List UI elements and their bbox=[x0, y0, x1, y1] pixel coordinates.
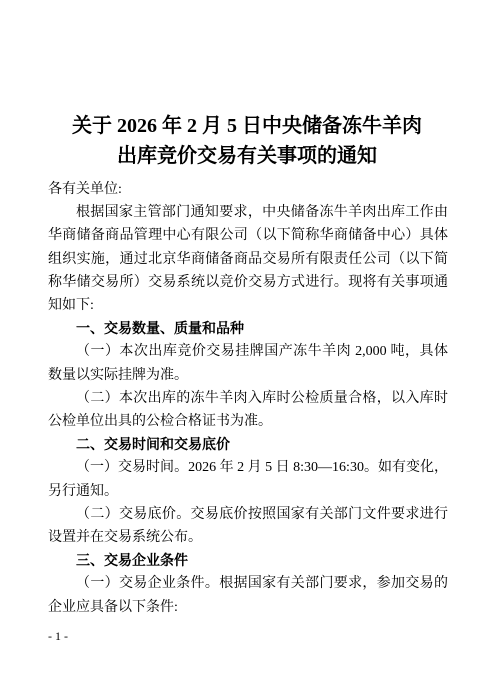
document-blocks: 根据国家主管部门通知要求，中央储备冻牛羊肉出库工作由华商储备商品管理中心有限公司… bbox=[48, 201, 448, 619]
paragraph: （一）交易时间。2026 年 2 月 5 日 8:30—16:30。如有变化，另… bbox=[48, 456, 448, 502]
paragraph: （一）交易企业条件。根据国家有关部门要求，参加交易的企业应具备以下条件: bbox=[48, 572, 448, 618]
section-heading: 一、交易数量、质量和品种 bbox=[48, 317, 448, 340]
section-heading: 二、交易时间和交易底价 bbox=[48, 433, 448, 456]
section-heading: 三、交易企业条件 bbox=[48, 549, 448, 572]
paragraph: （二）本次出库的冻牛羊肉入库时公检质量合格，以入库时公检单位出具的公检合格证书为… bbox=[48, 387, 448, 433]
paragraph: （一）本次出库竞价交易挂牌国产冻牛羊肉 2,000 吨，具体数量以实际挂牌为准。 bbox=[48, 340, 448, 386]
document-title-line-2: 出库竞价交易有关事项的通知 bbox=[0, 141, 494, 171]
document-page: 关于 2026 年 2 月 5 日中央储备冻牛羊肉 出库竞价交易有关事项的通知 … bbox=[0, 0, 494, 700]
paragraph: 根据国家主管部门通知要求，中央储备冻牛羊肉出库工作由华商储备商品管理中心有限公司… bbox=[48, 201, 448, 317]
document-title: 关于 2026 年 2 月 5 日中央储备冻牛羊肉 出库竞价交易有关事项的通知 bbox=[0, 111, 494, 171]
document-body: 各有关单位: 根据国家主管部门通知要求，中央储备冻牛羊肉出库工作由华商储备商品管… bbox=[48, 178, 448, 619]
salutation: 各有关单位: bbox=[48, 178, 448, 201]
page-number: - 1 - bbox=[48, 628, 68, 644]
document-title-line-1: 关于 2026 年 2 月 5 日中央储备冻牛羊肉 bbox=[0, 111, 494, 141]
paragraph: （二）交易底价。交易底价按照国家有关部门文件要求进行设置并在交易系统公布。 bbox=[48, 503, 448, 549]
